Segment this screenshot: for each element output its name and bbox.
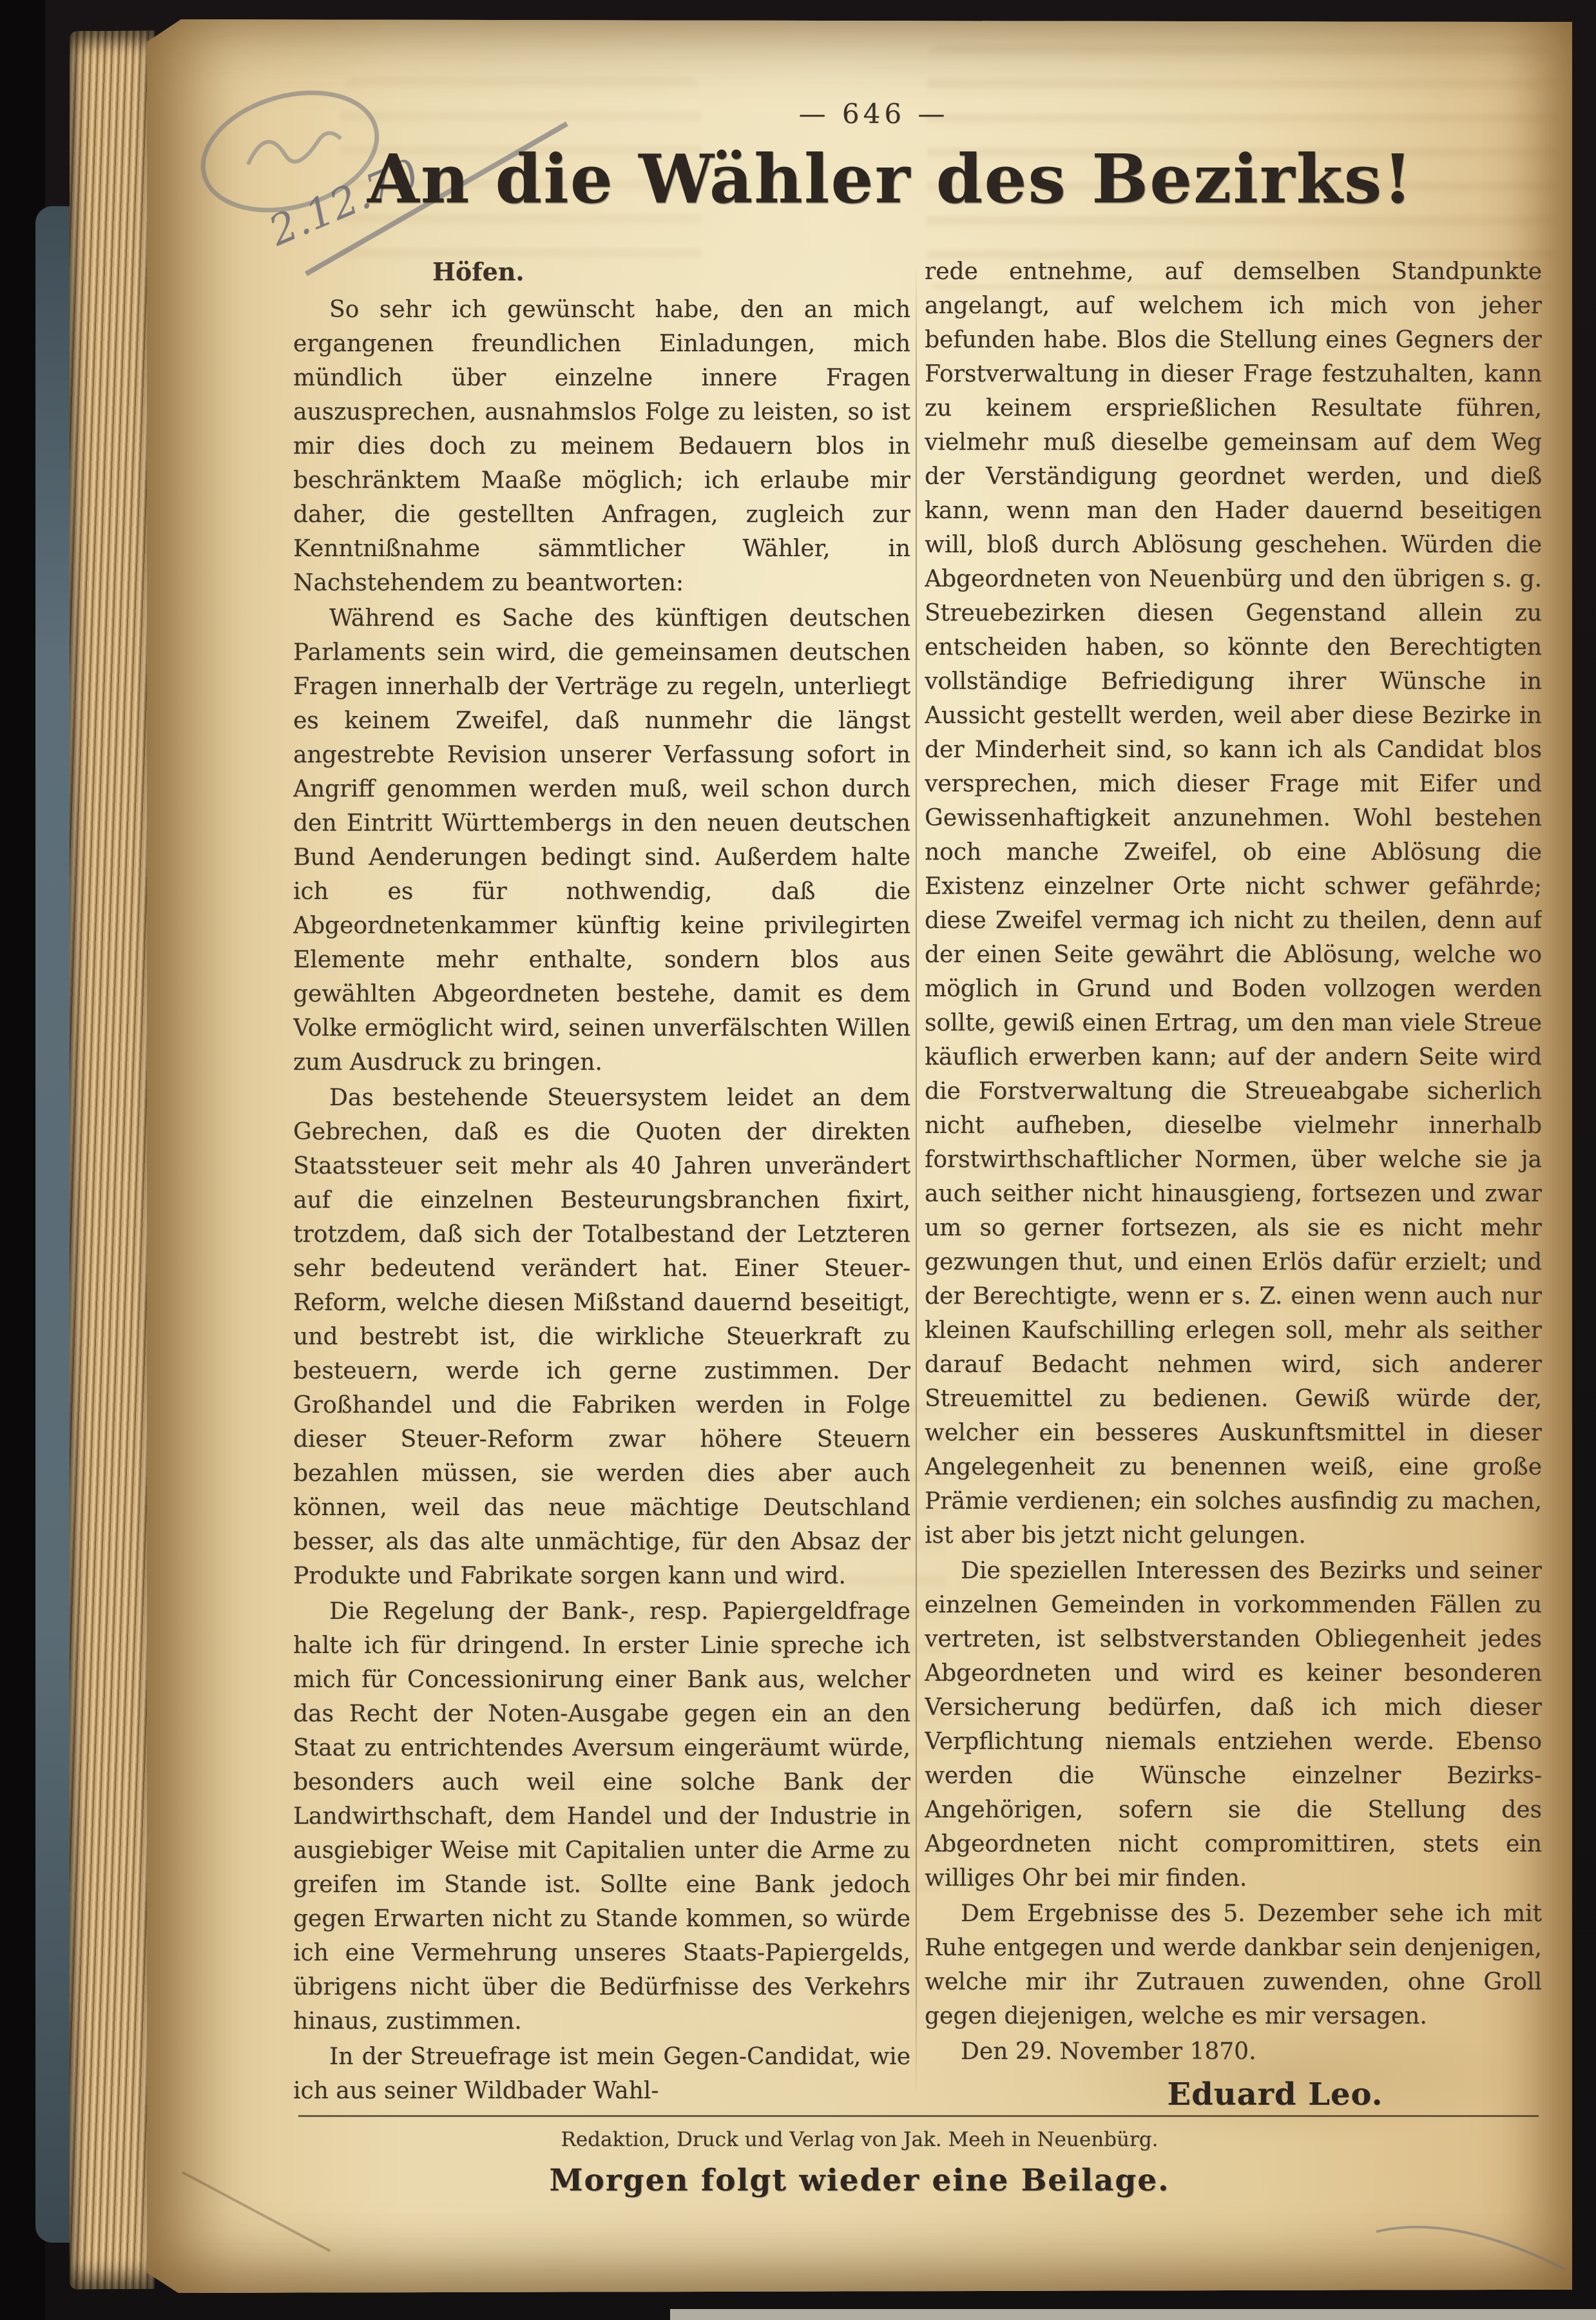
signature: Eduard Leo. xyxy=(925,2078,1542,2111)
article-columns: Höfen. So sehr ich gewünscht habe, den a… xyxy=(147,255,1572,2111)
paragraph: In der Streuefrage ist mein Gegen-Candid… xyxy=(293,2040,910,2102)
paragraph: Die speziellen Interessen des Bezirks un… xyxy=(925,1554,1542,1895)
imprint-line: Redaktion, Druck und Verlag von Jak. Mee… xyxy=(147,2128,1572,2151)
supplement-notice: Morgen folgt wieder eine Beilage. xyxy=(147,2163,1572,2198)
page-number: — 646 — xyxy=(161,98,1586,130)
paragraph: Dem Ergebnisse des 5. Dezember sehe ich … xyxy=(925,1897,1542,2033)
article-title: An die Wähler des Bezirks! xyxy=(178,139,1596,218)
right-column: rede entnehme, auf demselben Standpunkte… xyxy=(925,255,1542,2111)
pencil-scratch xyxy=(1371,2207,1571,2281)
book-page-edges xyxy=(70,31,155,2290)
scanned-book-photo: 2.12.70 — 646 — An die Wähler des Bezirk… xyxy=(0,0,1596,2320)
paragraph: rede entnehme, auf demselben Standpunkte… xyxy=(925,255,1542,1552)
paragraph: Während es Sache des künftigen deutschen… xyxy=(293,601,910,1079)
newspaper-page: 2.12.70 — 646 — An die Wähler des Bezirk… xyxy=(147,19,1572,2293)
date-line: Den 29. November 1870. xyxy=(925,2035,1542,2069)
paragraph: Das bestehende Steuersystem leidet an de… xyxy=(293,1081,910,1593)
dateline-hoefen: Höfen. xyxy=(293,255,910,289)
left-column: Höfen. So sehr ich gewünscht habe, den a… xyxy=(293,255,910,2102)
table-edge xyxy=(670,2309,1596,2320)
footer-rule xyxy=(298,2115,1539,2117)
paragraph: So sehr ich gewünscht habe, den an mich … xyxy=(293,293,910,600)
paragraph: Die Regelung der Bank-, resp. Papiergeld… xyxy=(293,1594,910,2038)
column-divider xyxy=(916,262,917,2096)
